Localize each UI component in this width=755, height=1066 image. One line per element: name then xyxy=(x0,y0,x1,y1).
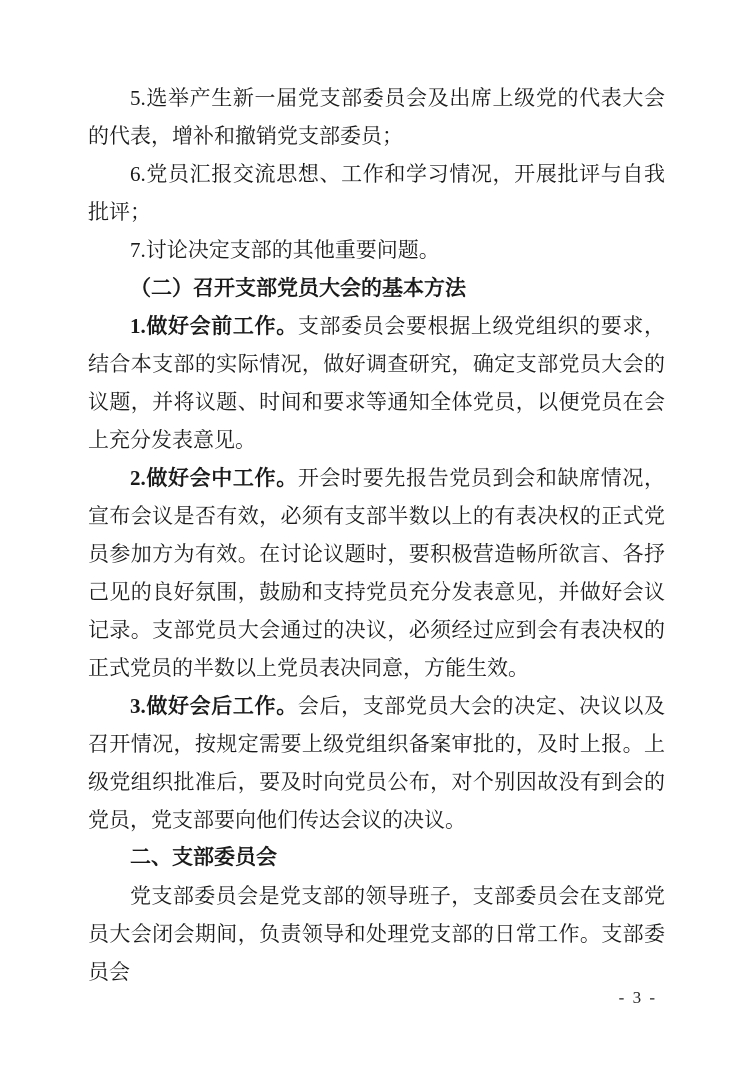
paragraph-during-meeting: 2.做好会中工作。开会时要先报告党员到会和缺席情况，宣布会议是否有效，必须有支部… xyxy=(88,459,665,687)
paragraph-lead: 1.做好会前工作。 xyxy=(130,314,298,338)
numbered-item-6: 6.党员汇报交流思想、工作和学习情况，开展批评与自我批评； xyxy=(88,155,665,231)
document-page: 5.选举产生新一届党支部委员会及出席上级党的代表大会的代表，增补和撤销党支部委员… xyxy=(0,0,755,1066)
document-body: 5.选举产生新一届党支部委员会及出席上级党的代表大会的代表，增补和撤销党支部委员… xyxy=(88,79,665,991)
section-heading-branch-committee: 二、支部委员会 xyxy=(88,839,665,877)
subheading-basic-methods: （二）召开支部党员大会的基本方法 xyxy=(88,269,665,307)
numbered-item-5: 5.选举产生新一届党支部委员会及出席上级党的代表大会的代表，增补和撤销党支部委员… xyxy=(88,79,665,155)
paragraph-lead: 2.做好会中工作。 xyxy=(130,466,298,490)
paragraph-pre-meeting: 1.做好会前工作。支部委员会要根据上级党组织的要求，结合本支部的实际情况，做好调… xyxy=(88,307,665,459)
page-number: - 3 - xyxy=(619,988,657,1008)
paragraph-lead: 3.做好会后工作。 xyxy=(130,694,298,718)
paragraph-text: 开会时要先报告党员到会和缺席情况，宣布会议是否有效，必须有支部半数以上的有表决权… xyxy=(88,466,665,680)
paragraph-post-meeting: 3.做好会后工作。会后，支部党员大会的决定、决议以及召开情况，按规定需要上级党组… xyxy=(88,687,665,839)
paragraph-branch-committee-intro: 党支部委员会是党支部的领导班子，支部委员会在支部党员大会闭会期间，负责领导和处理… xyxy=(88,877,665,991)
numbered-item-7: 7.讨论决定支部的其他重要问题。 xyxy=(88,231,665,269)
